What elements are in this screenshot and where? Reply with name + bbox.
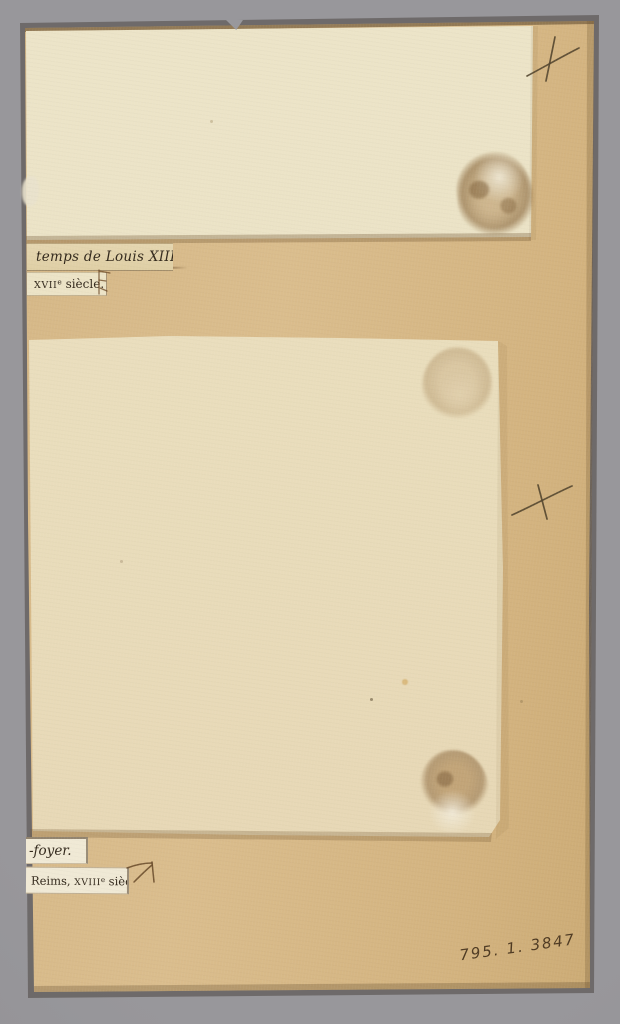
caption-text: -foyer. <box>29 843 72 859</box>
caption-label-foyer: -foyer. <box>26 837 88 864</box>
pencil-cross-mark <box>506 480 576 526</box>
caption-roman-numeral: XVII <box>34 280 57 291</box>
paper-speck <box>370 698 373 701</box>
caption-text: siècle. <box>105 874 129 888</box>
paper-speck <box>120 560 123 563</box>
caption-text: temps de Louis XIII. <box>36 249 173 265</box>
ink-bracket-mark <box>124 858 158 888</box>
paper-speck <box>402 679 408 685</box>
edge-damage-spot <box>22 176 39 206</box>
paper-tear-notch <box>226 20 243 30</box>
glue-stain <box>419 345 494 426</box>
caption-roman-numeral: XVIII <box>74 877 101 888</box>
glue-stain <box>453 148 538 241</box>
paper-speck <box>210 120 213 123</box>
caption-text: Reims, <box>31 874 74 888</box>
caption-text: siècle. <box>62 277 104 291</box>
caption-label-xvii-siecle: XVIIe siècle. <box>27 272 107 296</box>
caption-label-louis-xiii: temps de Louis XIII. <box>27 243 173 271</box>
catalog-number: 795. 1. 3847 <box>458 926 609 965</box>
glue-stain <box>417 748 491 836</box>
pencil-cross-mark <box>518 32 588 88</box>
paper-speck <box>520 700 523 703</box>
scan-background: temps de Louis XIII. XVIIe siècle. -foye… <box>0 0 620 1024</box>
caption-label-reims: Reims, XVIIIe siècle. <box>26 867 129 895</box>
